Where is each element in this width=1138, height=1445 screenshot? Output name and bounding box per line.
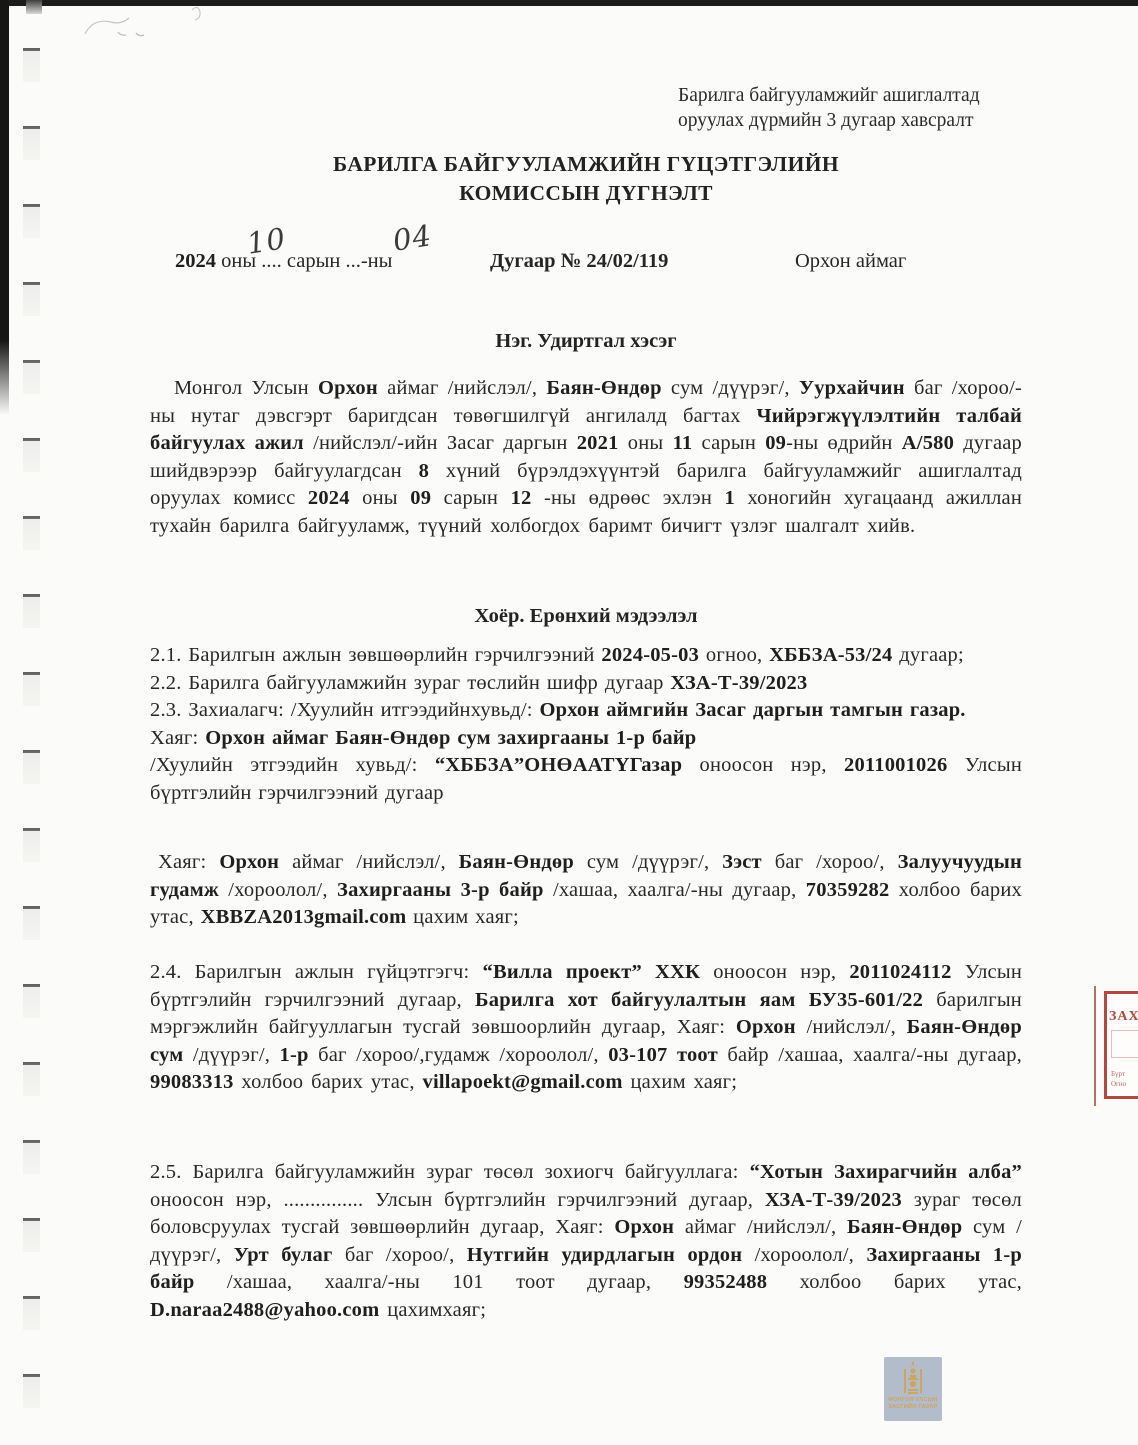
item-2-2: 2.2. Барилга байгууламжийн зураг төслийн… [150,670,1022,698]
item-2-3-legal-entity: /Хуулийн этгээдийн хувьд/: “ХББЗА”ОНӨААТ… [150,752,1022,807]
scanned-document-page: Барилга байгууламжийг ашиглалтад оруулах… [0,0,1138,1445]
item-2-4: 2.4. Барилгын ажлын гүйцэтгэгч: “Вилла п… [150,959,1022,1097]
stamp-edge-line [1094,986,1096,1106]
item-2-3-address: Хаяг: Орхон аймаг Баян-Өндөр сум захирга… [150,725,1022,753]
section-two-heading: Хоёр. Ерөнхий мэдээлэл [150,605,1022,628]
pencil-scribbles [40,2,260,50]
soyombo-icon [902,1361,924,1395]
document-title-line2: КОМИССЫН ДҮГНЭЛТ [150,179,1022,208]
red-stamp-field-2: Огно [1111,1080,1126,1088]
appendix-note: Барилга байгууламжийг ашиглалтад оруулах… [678,84,1030,133]
intro-paragraph: Монгол Улсын Орхон аймаг /нийслэл/, Баян… [150,375,1022,541]
items-2-1-to-2-3: 2.1. Барилгын ажлын зөвшөөрлийн гэрчилгэ… [150,642,1022,808]
document-title: БАРИЛГА БАЙГУУЛАМЖИЙН ГҮЦЭТГЭЛИЙН КОМИСС… [150,150,1022,207]
province-name: Орхон аймаг [795,250,906,273]
item-2-3-contact: Хаяг: Орхон аймаг /нийслэл/, Баян-Өндөр … [150,849,1022,932]
scan-left-edge [0,0,9,415]
item-2-3-contact-text: Хаяг: Орхон аймаг /нийслэл/, Баян-Өндөр … [150,849,1022,932]
item-2-4-text: 2.4. Барилгын ажлын гүйцэтгэгч: “Вилла п… [150,959,1022,1097]
government-logo-line1: МОНГОЛ УЛСЫН [888,1397,938,1404]
meta-row: 2024 оны .... сарын ...-ны Дугаар № 24/0… [0,250,1138,284]
red-stamp-emblem [1111,1030,1138,1058]
appendix-note-line2: оруулах дүрмийн 3 дугаар хавсралт [678,109,1030,134]
government-logo-line2: ЗАСГИЙН ГАЗАР [888,1404,938,1411]
red-stamp: ЗАХ Бүрт Огно [1104,991,1138,1099]
item-2-1: 2.1. Барилгын ажлын зөвшөөрлийн гэрчилгэ… [150,642,1022,670]
doc-number: Дугаар № 24/02/119 [490,250,668,273]
handwritten-day: 04 [391,218,435,258]
government-logo-text: МОНГОЛ УЛСЫН ЗАСГИЙН ГАЗАР [888,1397,938,1410]
section-one-heading: Нэг. Удиртгал хэсэг [150,330,1022,353]
intro-paragraph-text: Монгол Улсын Орхон аймаг /нийслэл/, Баян… [150,375,1022,541]
appendix-note-line1: Барилга байгууламжийг ашиглалтад [678,84,1030,109]
item-2-3: 2.3. Захиалагч: /Хуулийн итгээдийнхувьд/… [150,697,1022,725]
red-stamp-field-1: Бүрт [1111,1070,1125,1078]
item-2-5-text: 2.5. Барилга байгууламжийн зураг төсөл з… [150,1159,1022,1325]
red-stamp-title: ЗАХ [1109,1009,1138,1025]
document-title-line1: БАРИЛГА БАЙГУУЛАМЖИЙН ГҮЦЭТГЭЛИЙН [150,150,1022,179]
government-logo: МОНГОЛ УЛСЫН ЗАСГИЙН ГАЗАР [884,1357,942,1421]
handwritten-month: 10 [245,221,289,261]
item-2-5: 2.5. Барилга байгууламжийн зураг төсөл з… [150,1159,1022,1325]
